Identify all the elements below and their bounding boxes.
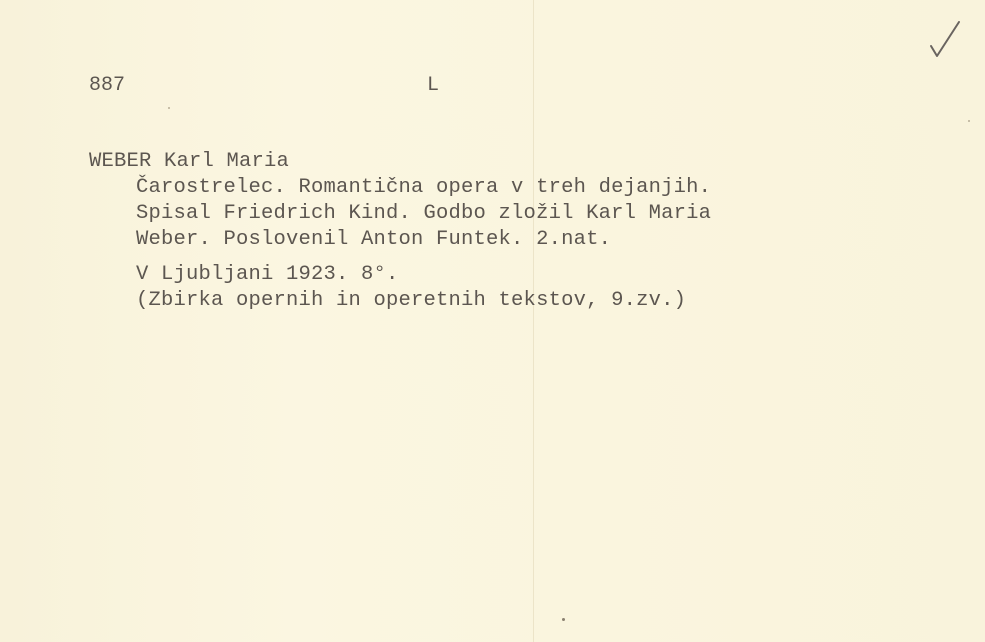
check-mark-icon [925, 18, 965, 60]
call-number: 887 [89, 74, 125, 97]
author-heading: WEBER Karl Maria [89, 150, 289, 173]
title-line-2: Spisal Friedrich Kind. Godbo zložil Karl… [136, 202, 711, 225]
title-line-3: Weber. Poslovenil Anton Funtek. 2.nat. [136, 228, 611, 251]
paper-speck [168, 107, 170, 109]
title-line-1: Čarostrelec. Romantična opera v treh dej… [136, 176, 711, 199]
series-line: (Zbirka opernih in operetnih tekstov, 9.… [136, 289, 686, 312]
paper-speck [562, 618, 565, 621]
paper-speck [968, 120, 970, 122]
catalog-card: 887 L WEBER Karl Maria Čarostrelec. Roma… [0, 0, 985, 642]
card-fold-line [533, 0, 534, 642]
imprint-line: V Ljubljani 1923. 8°. [136, 263, 399, 286]
location-mark: L [427, 74, 439, 97]
